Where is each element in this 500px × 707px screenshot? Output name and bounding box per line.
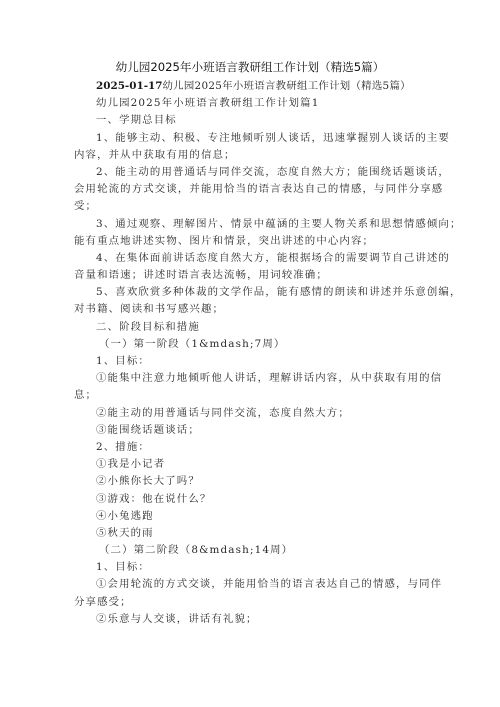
stage-1-goal-2: ②能主动的用普通话与同伴交流，态度自然大方； xyxy=(74,405,426,422)
stage-1-measure-4: ④小兔逃跑 xyxy=(74,508,426,525)
stage-1-goal-label: 1、目标： xyxy=(74,353,426,370)
stage-1-goal-1-line-1: ①能集中注意力地倾听他人讲话，理解讲话内容，从中获取有用的信 xyxy=(74,370,426,387)
stage-1-measure-3: ③游戏：他在说什么？ xyxy=(74,491,426,508)
section-heading-2: 二、阶段目标和措施 xyxy=(74,319,426,336)
stage-1-goal-3: ③能围绕话题谈话； xyxy=(74,422,426,439)
stage-2-goal-label: 1、目标： xyxy=(74,559,426,576)
article-heading: 幼儿园2025年小班语言教研组工作计划篇1 xyxy=(74,95,426,112)
document-body: 2025-01-17幼儿园2025年小班语言教研组工作计划（精选5篇） 幼儿园2… xyxy=(74,78,426,628)
goal-item-2-line-1: 2、能主动的用普通话与同伴交流，态度自然大方；能围绕话题谈话， xyxy=(74,164,426,181)
goal-item-5-line-2: 对书籍、阅读和书写感兴趣； xyxy=(74,301,426,318)
document-title: 幼儿园2025年小班语言教研组工作计划（精选5篇） xyxy=(0,59,500,75)
goal-item-1-line-2: 内容，并从中获取有用的信息； xyxy=(74,147,426,164)
goal-item-4-line-1: 4、在集体面前讲话态度自然大方，能根据场合的需要调节自己讲述的 xyxy=(74,250,426,267)
goal-item-5-line-1: 5、喜欢欣赏多种体裁的文学作品，能有感情的朗读和讲述并乐意创编， xyxy=(74,284,426,301)
stage-2-goal-1-line-2: 分享感受； xyxy=(74,594,426,611)
document-page: 幼儿园2025年小班语言教研组工作计划（精选5篇） 2025-01-17幼儿园2… xyxy=(0,0,500,707)
goal-item-4-line-2: 音量和语速；讲述时语言表达流畅，用词较准确； xyxy=(74,267,426,284)
stage-2-goal-1-line-1: ①会用轮流的方式交谈，并能用恰当的语言表达自己的情感，与同伴 xyxy=(74,576,426,593)
stage-1-measure-label: 2、措施： xyxy=(74,439,426,456)
stage-1-measure-2: ②小熊你长大了吗？ xyxy=(74,473,426,490)
stage-1-measure-1: ①我是小记者 xyxy=(74,456,426,473)
goal-item-1-line-1: 1、能够主动、积极、专注地倾听别人谈话，迅速掌握别人谈话的主要 xyxy=(74,130,426,147)
goal-item-2-line-3: 受； xyxy=(74,198,426,215)
stage-1-measure-5: ⑤秋天的雨 xyxy=(74,525,426,542)
goal-item-3-line-2: 能有重点地讲述实物、图片和情景，突出讲述的中心内容； xyxy=(74,233,426,250)
section-heading-1: 一、学期总目标 xyxy=(74,112,426,129)
stage-1-heading: （一）第一阶段（1&mdash;7周） xyxy=(74,336,426,353)
stage-2-goal-2: ②乐意与人交谈，讲话有礼貌； xyxy=(74,611,426,628)
subtitle-line: 2025-01-17幼儿园2025年小班语言教研组工作计划（精选5篇） xyxy=(74,78,426,95)
stage-1-goal-1-line-2: 息； xyxy=(74,387,426,404)
goal-item-3-line-1: 3、通过观察、理解图片、情景中蕴涵的主要人物关系和思想情感倾向； xyxy=(74,216,426,233)
goal-item-2-line-2: 会用轮流的方式交谈，并能用恰当的语言表达自己的情感，与同伴分享感 xyxy=(74,181,426,198)
publish-date: 2025-01-17 xyxy=(96,80,162,92)
stage-2-heading: （二）第二阶段（8&mdash;14周） xyxy=(74,542,426,559)
subtitle-text: 幼儿园2025年小班语言教研组工作计划（精选5篇） xyxy=(162,80,410,92)
